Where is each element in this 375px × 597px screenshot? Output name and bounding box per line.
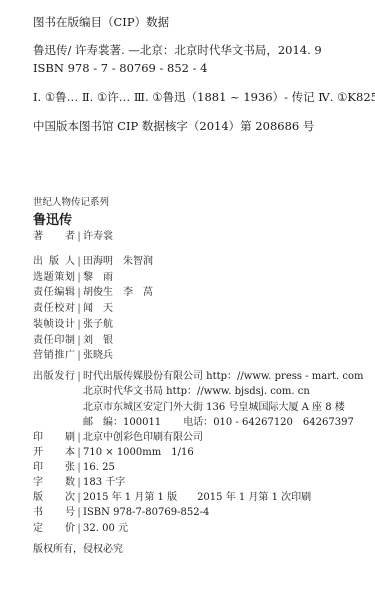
credit-label: 责任校对: [33, 304, 75, 314]
separator: |: [75, 508, 83, 518]
phone-label: 电话：: [183, 417, 213, 428]
separator: |: [75, 320, 83, 330]
spec-label: 印 刷: [33, 433, 75, 443]
credit-value: 张子航: [83, 319, 113, 330]
spec-value: 2015 年 1 月第 1 版 2015 年 1 月第 1 次印刷: [83, 492, 311, 503]
publisher-address: 北京市东城区安定门外大街 136 号皇城国际大厦 A 座 8 楼: [83, 403, 345, 413]
separator: |: [75, 288, 83, 298]
spec-word-count: 字 数|183 千字: [33, 478, 125, 488]
spec-label: 定 价: [33, 524, 75, 534]
spec-value: 16. 25: [83, 462, 115, 473]
spec-value: 北京中创彩色印刷有限公司: [83, 432, 203, 443]
credit-proofreader: 责任校对|闻 天: [33, 304, 113, 314]
credit-marketing: 营销推广|张晓兵: [33, 351, 113, 361]
spec-value: ISBN 978-7-80769-852-4: [83, 507, 209, 518]
credit-printing-supervisor: 责任印制|刘 银: [33, 336, 113, 346]
spec-format: 开 本|710 × 1000mm 1/16: [33, 448, 194, 458]
cip-number: 中国版本图书馆 CIP 数据核字（2014）第 208686 号: [33, 121, 314, 133]
credit-label: 出 版 人: [33, 257, 75, 267]
cip-classification: Ⅰ. ①鲁… Ⅱ. ①许… Ⅲ. ①鲁迅（1881 ~ 1936）- 传记 Ⅳ.…: [33, 92, 375, 104]
separator: |: [75, 433, 83, 443]
credit-publisher-person: 出 版 人|田海明 朱智润: [33, 257, 153, 267]
separator: |: [75, 463, 83, 473]
spec-label: 印 张: [33, 463, 75, 473]
separator: |: [75, 351, 83, 361]
credit-label: 著 者: [33, 232, 75, 242]
publisher-line: 出版发行|时代出版传媒股份有限公司 http：//www. press - ma…: [33, 372, 363, 382]
credit-author: 著 者|许寿裳: [33, 232, 113, 242]
credit-value: 刘 银: [83, 335, 113, 346]
publisher-imprint: 北京时代华文书局 http：//www. bjsdsj. com. cn: [83, 387, 310, 397]
series-name: 世纪人物传记系列: [33, 198, 109, 208]
phone: 010 - 64267120 64267397: [213, 417, 354, 428]
cip-heading: 图书在版编目（CIP）数据: [33, 17, 169, 29]
separator: |: [75, 273, 83, 283]
spec-label: 版 次: [33, 493, 75, 503]
spec-label: 开 本: [33, 448, 75, 458]
separator: |: [75, 257, 83, 267]
postcode: 100011: [123, 417, 161, 428]
publisher-contact: 邮 编：100011电话：010 - 64267120 64267397: [83, 418, 354, 428]
credit-editor: 责任编辑|胡俊生 李 莴: [33, 288, 153, 298]
credit-value: 许寿裳: [83, 231, 113, 242]
credit-value: 张晓兵: [83, 350, 113, 361]
spec-printer: 印 刷|北京中创彩色印刷有限公司: [33, 433, 203, 443]
spec-price: 定 价|32. 00 元: [33, 524, 128, 534]
credit-value: 黎 雨: [83, 272, 113, 283]
separator: |: [75, 372, 83, 382]
credit-planning: 选题策划|黎 雨: [33, 273, 113, 283]
spec-value: 710 × 1000mm 1/16: [83, 447, 194, 458]
spec-label: 书 号: [33, 508, 75, 518]
copyright-notice: 版权所有，侵权必究: [33, 545, 123, 555]
cip-isbn: ISBN 978 - 7 - 80769 - 852 - 4: [33, 63, 208, 75]
credit-label: 营销推广: [33, 351, 75, 361]
credit-design: 装帧设计|张子航: [33, 320, 113, 330]
credit-value: 田海明 朱智润: [83, 256, 153, 267]
publisher-company: 时代出版传媒股份有限公司 http：//www. press - mart. c…: [83, 371, 363, 382]
credit-value: 闻 天: [83, 303, 113, 314]
spec-value: 32. 00 元: [83, 523, 128, 534]
cip-bibliographic-line: 鲁迅传/ 许寿裳著. —北京：北京时代华文书局，2014. 9: [33, 45, 322, 57]
credit-value: 胡俊生 李 莴: [83, 287, 153, 298]
separator: |: [75, 232, 83, 242]
credit-label: 责任编辑: [33, 288, 75, 298]
book-title: 鲁迅传: [33, 214, 72, 227]
separator: |: [75, 478, 83, 488]
separator: |: [75, 304, 83, 314]
credit-label: 责任印制: [33, 336, 75, 346]
credit-label: 装帧设计: [33, 320, 75, 330]
spec-label: 字 数: [33, 478, 75, 488]
separator: |: [75, 493, 83, 503]
postcode-label: 邮 编：: [83, 417, 123, 428]
separator: |: [75, 524, 83, 534]
separator: |: [75, 448, 83, 458]
publisher-label: 出版发行: [33, 372, 75, 382]
spec-isbn: 书 号|ISBN 978-7-80769-852-4: [33, 508, 209, 518]
spec-edition: 版 次|2015 年 1 月第 1 版 2015 年 1 月第 1 次印刷: [33, 493, 311, 503]
spec-value: 183 千字: [83, 477, 125, 488]
credit-label: 选题策划: [33, 273, 75, 283]
spec-sheets: 印 张|16. 25: [33, 463, 115, 473]
separator: |: [75, 336, 83, 346]
